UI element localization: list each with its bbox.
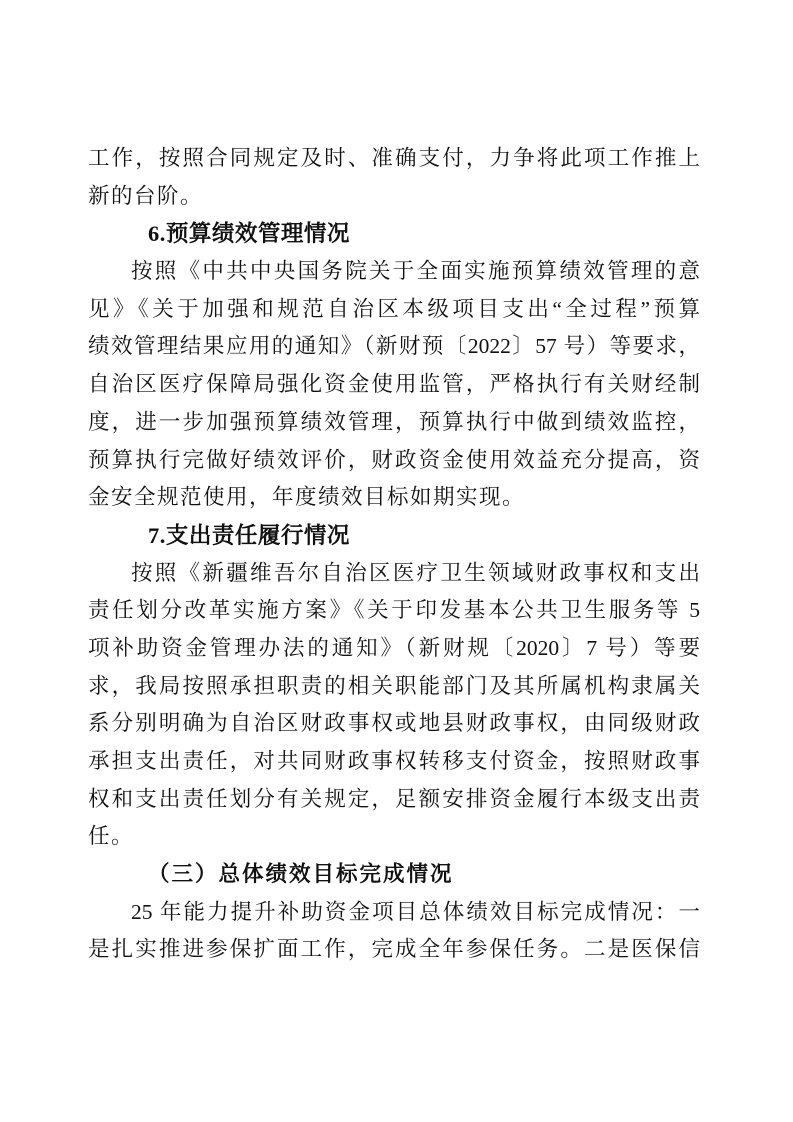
- paragraph-line: 自治区医疗保障局强化资金使用监管，严格执行有关财经制: [88, 366, 700, 404]
- paragraph-line: 金安全规范使用，年度绩效目标如期实现。: [88, 479, 700, 517]
- paragraph-line: 是扎实推进参保扩面工作，完成全年参保任务。二是医保信: [88, 931, 700, 969]
- paragraph-line: 系分别明确为自治区财政事权或地县财政事权，由同级财政: [88, 705, 700, 743]
- paragraph-line: 度，进一步加强预算绩效管理，预算执行中做到绩效监控，: [88, 404, 700, 442]
- paragraph-line: 项补助资金管理办法的通知》（新财规〔2020〕7 号）等要: [88, 630, 700, 668]
- document-page: 工作，按照合同规定及时、准确支付，力争将此项工作推上 新的台阶。 6.预算绩效管…: [0, 0, 793, 1122]
- paragraph-line: 见》《关于加强和规范自治区本级项目支出“全过程”预算: [88, 291, 700, 329]
- paragraph-line: 工作，按照合同规定及时、准确支付，力争将此项工作推上: [88, 140, 700, 178]
- paragraph-line: 责任划分改革实施方案》《关于印发基本公共卫生服务等 5: [88, 592, 700, 630]
- paragraph-line: 预算执行完做好绩效评价，财政资金使用效益充分提高，资: [88, 442, 700, 480]
- paragraph-line: 按照《中共中央国务院关于全面实施预算绩效管理的意: [88, 253, 700, 291]
- paragraph-line: 求，我局按照承担职责的相关职能部门及其所属机构隶属关: [88, 668, 700, 706]
- paragraph-line: 权和支出责任划分有关规定，足额安排资金履行本级支出责: [88, 781, 700, 819]
- paragraph-line: 25 年能力提升补助资金项目总体绩效目标完成情况：一: [88, 894, 700, 932]
- page-content: 工作，按照合同规定及时、准确支付，力争将此项工作推上 新的台阶。 6.预算绩效管…: [88, 140, 700, 969]
- section-heading-7: 7.支出责任履行情况: [88, 517, 700, 555]
- paragraph-line: 按照《新疆维吾尔自治区医疗卫生领域财政事权和支出: [88, 555, 700, 593]
- paragraph-line: 绩效管理结果应用的通知》（新财预〔2022〕57 号）等要求，: [88, 328, 700, 366]
- subsection-heading-3: （三）总体绩效目标完成情况: [88, 856, 700, 894]
- paragraph-line: 新的台阶。: [88, 178, 700, 216]
- paragraph-line: 任。: [88, 818, 700, 856]
- paragraph-line: 承担支出责任，对共同财政事权转移支付资金，按照财政事: [88, 743, 700, 781]
- section-heading-6: 6.预算绩效管理情况: [88, 215, 700, 253]
